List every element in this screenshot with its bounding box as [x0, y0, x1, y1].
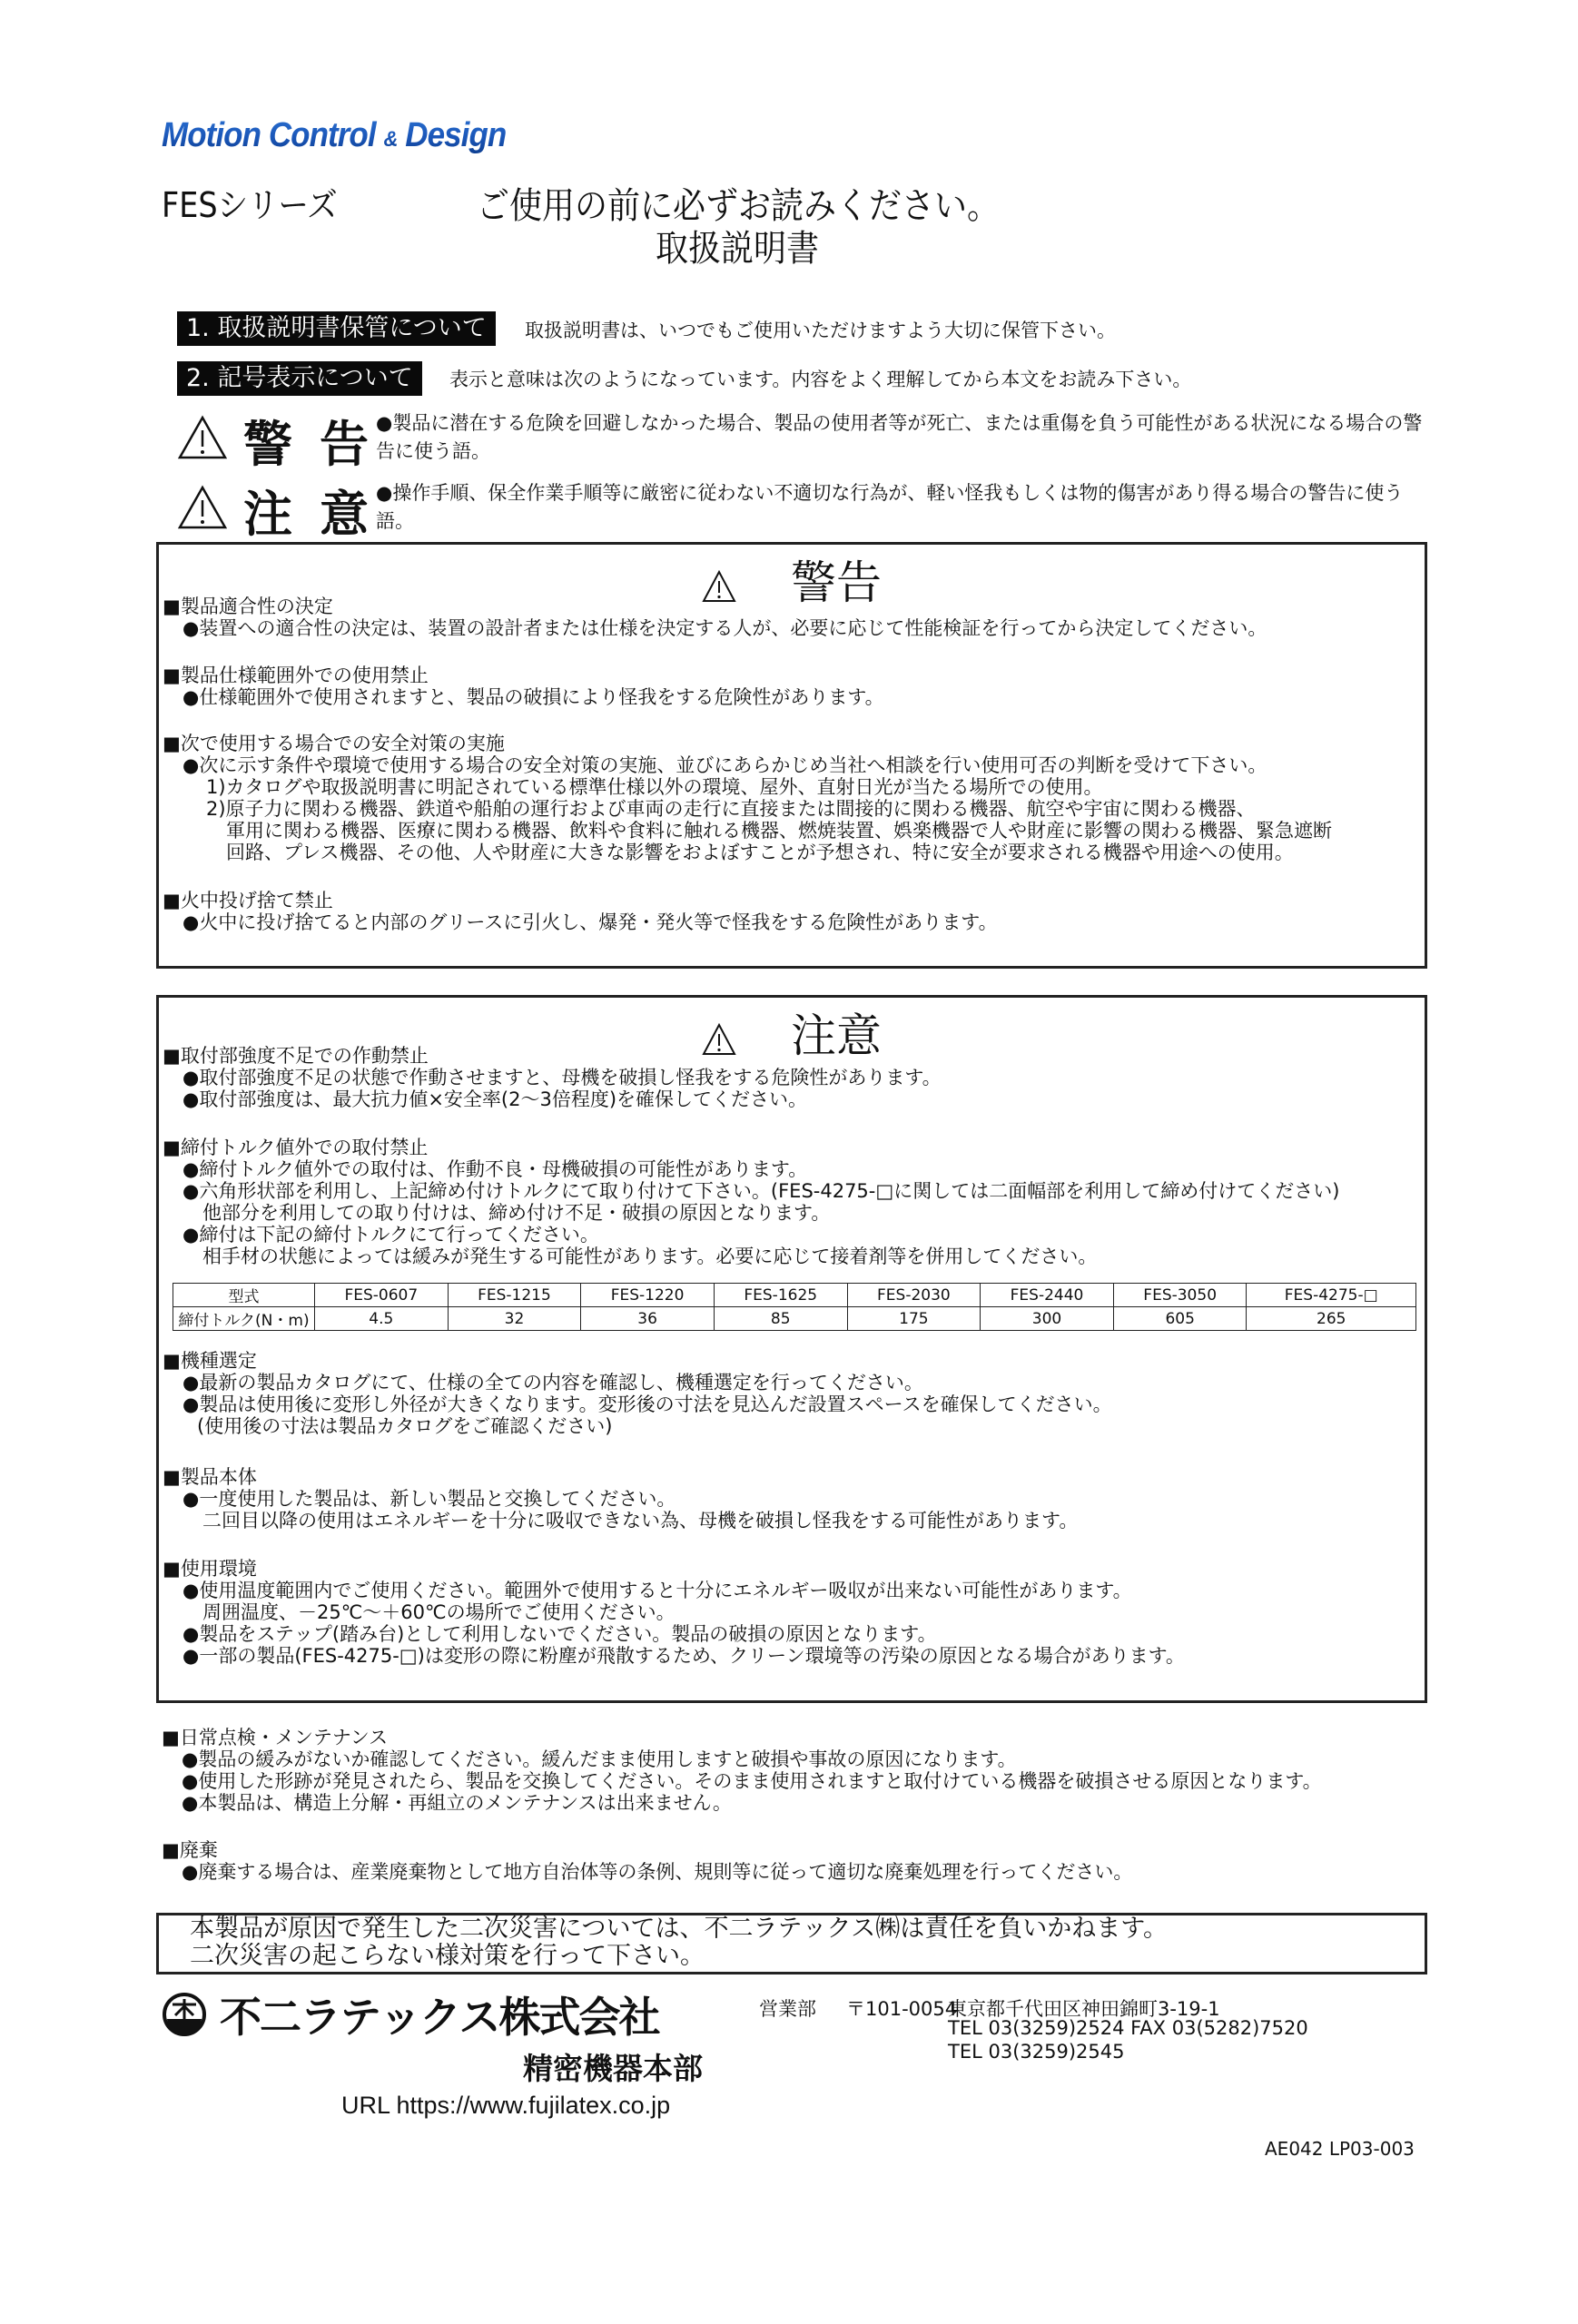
tel-2: TEL 03(3259)2545 [948, 2041, 1124, 2063]
bullet: ● [376, 482, 392, 504]
table-cell-torque: 265 [1247, 1307, 1416, 1331]
item-line: ●一度使用した製品は、新しい製品と交換してください。 [163, 1488, 1078, 1510]
caution-item-model-selection: ■機種選定 ●最新の製品カタログにて、仕様の全ての内容を確認し、機種選定を行って… [163, 1350, 1112, 1437]
disclaimer-line: 二次災害の起こらない様対策を行って下さい。 [159, 1943, 1425, 1970]
item-heading: ■機種選定 [163, 1350, 1112, 1372]
document-code: AE042 LP03-003 [1265, 2138, 1415, 2160]
table-cell-model: FES-1625 [714, 1284, 847, 1307]
warning-box: 警告 ■製品適合性の決定 ●装置への適合性の決定は、装置の設計者または仕様を決定… [156, 542, 1427, 969]
symbol-word-caution: 注意 [243, 476, 396, 546]
table-cell-model: FES-2030 [847, 1284, 981, 1307]
table-header-torque: 締付トルク(N・m) [173, 1307, 315, 1331]
item-line: ●次に示す条件や環境で使用する場合の安全対策の実施、並びにあらかじめ当社へ相談を… [163, 754, 1332, 776]
item-line: ●取付部強度不足の状態で作動させますと、母機を破損し怪我をする危険性があります。 [163, 1067, 942, 1088]
table-cell-torque: 4.5 [315, 1307, 449, 1331]
company-name: 不二ラテックス株式会社 [220, 1984, 659, 2044]
warning-item-compatibility: ■製品適合性の決定 ●装置への適合性の決定は、装置の設計者または仕様を決定する人… [163, 596, 1267, 639]
table-cell-model: FES-0607 [315, 1284, 449, 1307]
motion-control-design-logo: Motion Control & Design [162, 116, 506, 155]
office-label: 営業部 [759, 1994, 816, 2022]
caution-item-product-body: ■製品本体 ●一度使用した製品は、新しい製品と交換してください。 二回目以降の使… [163, 1466, 1078, 1531]
logo-text-end: Design [405, 116, 506, 154]
warning-item-out-of-spec: ■製品仕様範囲外での使用禁止 ●仕様範囲外で使用されますと、製品の破損により怪我… [163, 665, 884, 708]
item-heading: ■日常点検・メンテナンス [162, 1727, 1322, 1748]
logo-text-amp: & [383, 127, 397, 152]
section-label-manual-storage: 1. 取扱説明書保管について [177, 311, 496, 346]
item-line: 周囲温度、－25℃～＋60℃の場所でご使用ください。 [163, 1601, 1185, 1623]
item-maintenance: ■日常点検・メンテナンス ●製品の緩みがないか確認してください。緩んだまま使用し… [162, 1727, 1322, 1814]
item-line: ●製品の緩みがないか確認してください。緩んだまま使用しますと破損や事故の原因にな… [162, 1748, 1322, 1770]
item-line: ●一部の製品(FES-4275-□)は変形の際に粉塵が飛散するため、クリーン環境… [163, 1645, 1185, 1667]
item-heading: ■火中投げ捨て禁止 [163, 890, 998, 911]
item-line: ●最新の製品カタログにて、仕様の全ての内容を確認し、機種選定を行ってください。 [163, 1372, 1112, 1393]
table-cell-torque: 32 [448, 1307, 581, 1331]
caution-item-mount-strength: ■取付部強度不足での作動禁止 ●取付部強度不足の状態で作動させますと、母機を破損… [163, 1045, 942, 1110]
item-disposal: ■廃棄 ●廃棄する場合は、産業廃棄物として地方自治体等の条例、規則等に従って適切… [162, 1839, 1132, 1883]
logo-text-main: Motion Control [162, 116, 376, 154]
torque-table-value-row: 締付トルク(N・m) 4.5 32 36 85 175 300 605 265 [173, 1307, 1416, 1331]
item-heading: ■製品本体 [163, 1466, 1078, 1488]
item-line: ●本製品は、構造上分解・再組立のメンテナンスは出来ません。 [162, 1792, 1322, 1814]
item-line: ●使用した形跡が発見されたら、製品を交換してください。そのまま使用されますと取付… [162, 1770, 1322, 1792]
table-cell-torque: 175 [847, 1307, 981, 1331]
company-logo-icon [162, 1992, 207, 2037]
warning-triangle-icon [178, 485, 227, 530]
caution-item-torque: ■締付トルク値外での取付禁止 ●締付トルク値外での取付は、作動不良・母機破損の可… [163, 1137, 1339, 1267]
table-cell-torque: 85 [714, 1307, 847, 1331]
table-cell-torque: 605 [1113, 1307, 1247, 1331]
item-heading: ■廃棄 [162, 1839, 1132, 1861]
section-text-manual-storage: 取扱説明書は、いつでもご使用いただけますよう大切に保管下さい。 [525, 316, 1116, 343]
item-heading: ■締付トルク値外での取付禁止 [163, 1137, 1339, 1158]
company-url-link[interactable]: URL https://www.fujilatex.co.jp [341, 2092, 670, 2120]
item-heading: ■使用環境 [163, 1558, 1185, 1580]
item-line: ●取付部強度は、最大抗力値×安全率(2～3倍程度)を確保してください。 [163, 1088, 942, 1110]
item-line: ●締付トルク値外での取付は、作動不良・母機破損の可能性があります。 [163, 1158, 1339, 1180]
item-line: 1)カタログや取扱説明書に明記されている標準仕様以外の環境、屋外、直射日光が当た… [163, 776, 1332, 798]
item-line: 回路、プレス機器、その他、人や財産に大きな影響をおよぼすことが予想され、特に安全… [163, 842, 1332, 863]
torque-table: 型式 FES-0607 FES-1215 FES-1220 FES-1625 F… [173, 1283, 1416, 1331]
table-cell-model: FES-4275-□ [1247, 1284, 1416, 1307]
table-cell-torque: 36 [581, 1307, 715, 1331]
item-heading: ■製品適合性の決定 [163, 596, 1267, 617]
symbol-word-warning: 警告 [243, 406, 396, 476]
description-text: 操作手順、保全作業手順等に厳密に従わない不適切な行為が、軽い怪我もしくは物的傷害… [376, 482, 1403, 532]
item-line: 他部分を利用しての取り付けは、締め付け不足・破損の原因となります。 [163, 1202, 1339, 1224]
disclaimer-box: 本製品が原因で発生した二次災害については、不二ラテックス㈱は責任を負いかねます。… [156, 1913, 1427, 1974]
description-text: 製品に潜在する危険を回避しなかった場合、製品の使用者等が死亡、または重傷を負う可… [376, 412, 1422, 462]
item-line: ●装置への適合性の決定は、装置の設計者または仕様を決定する人が、必要に応じて性能… [163, 617, 1267, 639]
document-title: 取扱説明書 [656, 220, 819, 271]
series-name: FESシリーズ [162, 177, 338, 227]
table-header-model: 型式 [173, 1284, 315, 1307]
item-line: ●製品は使用後に変形し外径が大きくなります。変形後の寸法を見込んだ設置スペースを… [163, 1393, 1112, 1415]
table-cell-model: FES-1215 [448, 1284, 581, 1307]
caution-box: 注意 ■取付部強度不足での作動禁止 ●取付部強度不足の状態で作動させますと、母機… [156, 995, 1427, 1703]
item-line: (使用後の寸法は製品カタログをご確認ください) [163, 1415, 1112, 1437]
disclaimer-line: 本製品が原因で発生した二次災害については、不二ラテックス㈱は責任を負いかねます。 [159, 1915, 1425, 1943]
company-department: 精密機器本部 [523, 2045, 703, 2088]
bullet: ● [376, 412, 392, 434]
item-line: 二回目以降の使用はエネルギーを十分に吸収できない為、母機を破損し怪我をする可能性… [163, 1510, 1078, 1531]
torque-table-header-row: 型式 FES-0607 FES-1215 FES-1220 FES-1625 F… [173, 1284, 1416, 1307]
item-line: ●製品をステップ(踏み台)として利用しないでください。製品の破損の原因となります… [163, 1623, 1185, 1645]
item-line: 相手材の状態によっては緩みが発生する可能性があります。必要に応じて接着剤等を併用… [163, 1246, 1339, 1267]
table-cell-model: FES-2440 [981, 1284, 1114, 1307]
caution-item-environment: ■使用環境 ●使用温度範囲内でご使用ください。範囲外で使用すると十分にエネルギー… [163, 1558, 1185, 1667]
item-line: ●使用温度範囲内でご使用ください。範囲外で使用すると十分にエネルギー吸収が出来な… [163, 1580, 1185, 1601]
symbol-row-warning: 警告 ●製品に潜在する危険を回避しなかった場合、製品の使用者等が死亡、または重傷… [178, 406, 1431, 477]
warning-triangle-icon [178, 415, 227, 460]
warning-item-no-fire-disposal: ■火中投げ捨て禁止 ●火中に投げ捨てると内部のグリースに引火し、爆発・発火等で怪… [163, 890, 998, 933]
symbol-row-caution: 注意 ●操作手順、保全作業手順等に厳密に従わない不適切な行為が、軽い怪我もしくは… [178, 476, 1431, 547]
symbol-description-caution: ●操作手順、保全作業手順等に厳密に従わない不適切な行為が、軽い怪我もしくは物的傷… [376, 479, 1429, 536]
item-heading: ■製品仕様範囲外での使用禁止 [163, 665, 884, 686]
item-line: 2)原子力に関わる機器、鉄道や船舶の運行および車両の走行に直接または間接的に関わ… [163, 798, 1332, 820]
item-line: ●仕様範囲外で使用されますと、製品の破損により怪我をする危険性があります。 [163, 686, 884, 708]
table-cell-model: FES-3050 [1113, 1284, 1247, 1307]
postal-code: 〒101-0054 [846, 1994, 957, 2022]
item-line: ●六角形状部を利用し、上記締め付けトルクにて取り付けて下さい。(FES-4275… [163, 1180, 1339, 1202]
item-line: ●廃棄する場合は、産業廃棄物として地方自治体等の条例、規則等に従って適切な廃棄処… [162, 1861, 1132, 1883]
item-line: ●締付は下記の締付トルクにて行ってください。 [163, 1224, 1339, 1246]
item-heading: ■次で使用する場合での安全対策の実施 [163, 733, 1332, 754]
symbol-description-warning: ●製品に潜在する危険を回避しなかった場合、製品の使用者等が死亡、または重傷を負う… [376, 409, 1429, 466]
table-cell-torque: 300 [981, 1307, 1114, 1331]
section-label-symbols: 2. 記号表示について [177, 361, 422, 396]
table-cell-model: FES-1220 [581, 1284, 715, 1307]
warning-item-safety-measures: ■次で使用する場合での安全対策の実施 ●次に示す条件や環境で使用する場合の安全対… [163, 733, 1332, 863]
tel-fax: TEL 03(3259)2524 FAX 03(5282)7520 [948, 2017, 1308, 2039]
item-heading: ■取付部強度不足での作動禁止 [163, 1045, 942, 1067]
section-text-symbols: 表示と意味は次のようになっています。内容をよく理解してから本文をお読み下さい。 [449, 365, 1191, 392]
item-line: 軍用に関わる機器、医療に関わる機器、飲料や食料に触れる機器、燃焼装置、娯楽機器で… [163, 820, 1332, 842]
item-line: ●火中に投げ捨てると内部のグリースに引火し、爆発・発火等で怪我をする危険性があり… [163, 911, 998, 933]
